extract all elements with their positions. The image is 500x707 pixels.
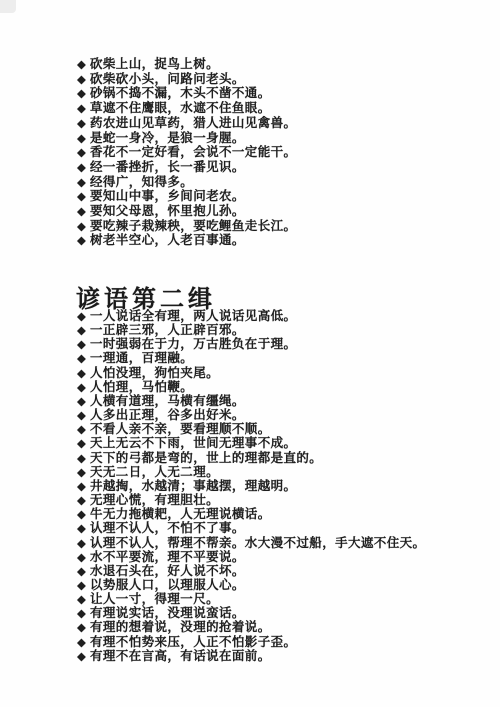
proverb-text: 人多出正理，谷多出好米。 bbox=[90, 407, 245, 422]
proverb-text: 树老半空心，人老百事通。 bbox=[90, 232, 245, 247]
proverb-item: ◆以势服人口，以理服人心。 bbox=[77, 578, 480, 592]
diamond-bullet-icon: ◆ bbox=[77, 102, 90, 116]
proverb-item: ◆香花不一定好看，会说不一定能干。 bbox=[77, 145, 480, 160]
diamond-bullet-icon: ◆ bbox=[77, 423, 90, 436]
proverb-item: ◆人怕理，马怕鞭。 bbox=[77, 380, 480, 394]
diamond-bullet-icon: ◆ bbox=[77, 324, 90, 337]
diamond-bullet-icon: ◆ bbox=[77, 367, 90, 380]
proverb-item: ◆人怕没理，狗怕夹尾。 bbox=[77, 366, 480, 380]
proverb-item: ◆井越掏，水越清；事越摆，理越明。 bbox=[77, 479, 480, 493]
diamond-bullet-icon: ◆ bbox=[77, 234, 90, 248]
scan-corner-artifact bbox=[0, 0, 16, 13]
diamond-bullet-icon: ◆ bbox=[77, 220, 90, 234]
diamond-bullet-icon: ◆ bbox=[77, 409, 90, 422]
proverb-text: 认理不认人，不怕不了事。 bbox=[90, 520, 245, 535]
proverb-item: ◆砍柴上山，捉鸟上树。 bbox=[77, 57, 480, 72]
diamond-bullet-icon: ◆ bbox=[77, 205, 90, 219]
proverb-text: 人怕理，马怕鞭。 bbox=[90, 379, 193, 394]
diamond-bullet-icon: ◆ bbox=[77, 452, 90, 465]
diamond-bullet-icon: ◆ bbox=[77, 537, 90, 550]
diamond-bullet-icon: ◆ bbox=[77, 621, 90, 634]
proverb-text: 天上无云不下雨，世间无理事不成。 bbox=[90, 435, 296, 450]
proverb-item: ◆有理不怕势来压，人正不怕影子歪。 bbox=[77, 635, 480, 649]
proverb-text: 要吃辣子栽辣秧，要吃鲤鱼走长江。 bbox=[90, 218, 296, 233]
proverb-text: 水退石头在，好人说不坏。 bbox=[90, 563, 245, 578]
proverb-text: 有理不在言高，有话说在面前。 bbox=[90, 648, 271, 663]
diamond-bullet-icon: ◆ bbox=[77, 310, 90, 323]
diamond-bullet-icon: ◆ bbox=[77, 650, 90, 663]
proverb-text: 香花不一定好看，会说不一定能干。 bbox=[90, 144, 296, 159]
proverb-item: ◆药农进山见草药，猎人进山见禽兽。 bbox=[77, 116, 480, 131]
diamond-bullet-icon: ◆ bbox=[77, 522, 90, 535]
diamond-bullet-icon: ◆ bbox=[77, 176, 90, 190]
proverb-text: 经得广，知得多。 bbox=[90, 174, 193, 189]
diamond-bullet-icon: ◆ bbox=[77, 87, 90, 101]
proverb-text: 天无二日，人无二理。 bbox=[90, 464, 219, 479]
proverb-list-1: ◆砍柴上山，捉鸟上树。 ◆砍柴砍小头，问路问老头。 ◆砂锅不捣不漏，木头不凿不通… bbox=[77, 57, 480, 248]
proverb-text: 经一番挫折，长一番见识。 bbox=[90, 159, 245, 174]
proverb-item: ◆是蛇一身冷，是狼一身腥。 bbox=[77, 131, 480, 146]
proverb-text: 一人说话全有理，两人说话见高低。 bbox=[90, 308, 296, 323]
proverb-text: 砍柴砍小头，问路问老头。 bbox=[90, 71, 245, 86]
diamond-bullet-icon: ◆ bbox=[77, 579, 90, 592]
proverb-item: ◆天上无云不下雨，世间无理事不成。 bbox=[77, 436, 480, 450]
proverb-text: 不看人亲不亲，要看理顺不顺。 bbox=[90, 421, 271, 436]
proverb-item: ◆要知山中事，乡间问老农。 bbox=[77, 189, 480, 204]
diamond-bullet-icon: ◆ bbox=[77, 480, 90, 493]
proverb-item: ◆砂锅不捣不漏，木头不凿不通。 bbox=[77, 86, 480, 101]
diamond-bullet-icon: ◆ bbox=[77, 381, 90, 394]
diamond-bullet-icon: ◆ bbox=[77, 73, 90, 87]
proverb-item: ◆认理不认人，不怕不了事。 bbox=[77, 521, 480, 535]
diamond-bullet-icon: ◆ bbox=[77, 190, 90, 204]
proverb-text: 人怕没理，狗怕夹尾。 bbox=[90, 365, 219, 380]
proverb-text: 一理通，百理融。 bbox=[90, 350, 193, 365]
proverb-text: 有理不怕势来压，人正不怕影子歪。 bbox=[90, 634, 296, 649]
proverb-text: 天下的弓都是弯的，世上的理都是直的。 bbox=[90, 450, 322, 465]
proverb-text: 要知山中事，乡间问老农。 bbox=[90, 188, 245, 203]
diamond-bullet-icon: ◆ bbox=[77, 551, 90, 564]
proverb-list-2: ◆一人说话全有理，两人说话见高低。 ◆一正辟三邪，人正辟百邪。 ◆一时强弱在于力… bbox=[77, 309, 480, 663]
proverb-item: ◆人横有道理，马横有缰绳。 bbox=[77, 394, 480, 408]
proverb-text: 无理心慌，有理胆壮。 bbox=[90, 492, 219, 507]
proverb-text: 人横有道理，马横有缰绳。 bbox=[90, 393, 245, 408]
diamond-bullet-icon: ◆ bbox=[77, 58, 90, 72]
diamond-bullet-icon: ◆ bbox=[77, 565, 90, 578]
proverb-text: 砍柴上山，捉鸟上树。 bbox=[90, 56, 219, 71]
diamond-bullet-icon: ◆ bbox=[77, 593, 90, 606]
proverb-text: 牛无力拖横耙，人无理说横话。 bbox=[90, 506, 271, 521]
proverb-text: 是蛇一身冷，是狼一身腥。 bbox=[90, 130, 245, 145]
proverb-item: ◆草遮不住鹰眼，水遮不住鱼眼。 bbox=[77, 101, 480, 116]
diamond-bullet-icon: ◆ bbox=[77, 338, 90, 351]
diamond-bullet-icon: ◆ bbox=[77, 466, 90, 479]
diamond-bullet-icon: ◆ bbox=[77, 352, 90, 365]
diamond-bullet-icon: ◆ bbox=[77, 395, 90, 408]
proverb-item: ◆树老半空心，人老百事通。 bbox=[77, 233, 480, 248]
diamond-bullet-icon: ◆ bbox=[77, 494, 90, 507]
proverb-item: ◆有理不在言高，有话说在面前。 bbox=[77, 649, 480, 663]
scanned-proverb-page: ◆砍柴上山，捉鸟上树。 ◆砍柴砍小头，问路问老头。 ◆砂锅不捣不漏，木头不凿不通… bbox=[0, 0, 500, 707]
proverb-item: ◆水不平要流，理不平要说。 bbox=[77, 550, 480, 564]
proverb-text: 有理的想着说，没理的抢着说。 bbox=[90, 619, 271, 634]
proverb-text: 以势服人口，以理服人心。 bbox=[90, 577, 245, 592]
diamond-bullet-icon: ◆ bbox=[77, 636, 90, 649]
proverb-item: ◆认理不认人，帮理不帮亲。水大漫不过船，手大遮不住天。 bbox=[77, 536, 480, 550]
proverb-text: 要知父母恩，怀里抱儿孙。 bbox=[90, 203, 245, 218]
diamond-bullet-icon: ◆ bbox=[77, 117, 90, 131]
proverb-item: ◆一理通，百理融。 bbox=[77, 351, 480, 365]
proverb-item: ◆天下的弓都是弯的，世上的理都是直的。 bbox=[77, 451, 480, 465]
proverb-text: 井越掏，水越清；事越摆，理越明。 bbox=[90, 478, 296, 493]
diamond-bullet-icon: ◆ bbox=[77, 146, 90, 160]
diamond-bullet-icon: ◆ bbox=[77, 437, 90, 450]
proverb-text: 一正辟三邪，人正辟百邪。 bbox=[90, 322, 245, 337]
proverb-text: 药农进山见草药，猎人进山见禽兽。 bbox=[90, 115, 296, 130]
proverb-item: ◆要知父母恩，怀里抱儿孙。 bbox=[77, 204, 480, 219]
proverb-text: 让人一寸，得理一尺。 bbox=[90, 591, 219, 606]
proverb-item: ◆天无二日，人无二理。 bbox=[77, 465, 480, 479]
diamond-bullet-icon: ◆ bbox=[77, 508, 90, 521]
proverb-text: 草遮不住鹰眼，水遮不住鱼眼。 bbox=[90, 100, 271, 115]
proverb-item: ◆经一番挫折，长一番见识。 bbox=[77, 160, 480, 175]
proverb-text: 水不平要流，理不平要说。 bbox=[90, 549, 245, 564]
proverb-item: ◆有理的想着说，没理的抢着说。 bbox=[77, 620, 480, 634]
proverb-text: 砂锅不捣不漏，木头不凿不通。 bbox=[90, 85, 271, 100]
diamond-bullet-icon: ◆ bbox=[77, 161, 90, 175]
proverb-text: 认理不认人，帮理不帮亲。水大漫不过船，手大遮不住天。 bbox=[90, 535, 425, 550]
diamond-bullet-icon: ◆ bbox=[77, 132, 90, 146]
diamond-bullet-icon: ◆ bbox=[77, 607, 90, 620]
proverb-item: ◆水退石头在，好人说不坏。 bbox=[77, 564, 480, 578]
